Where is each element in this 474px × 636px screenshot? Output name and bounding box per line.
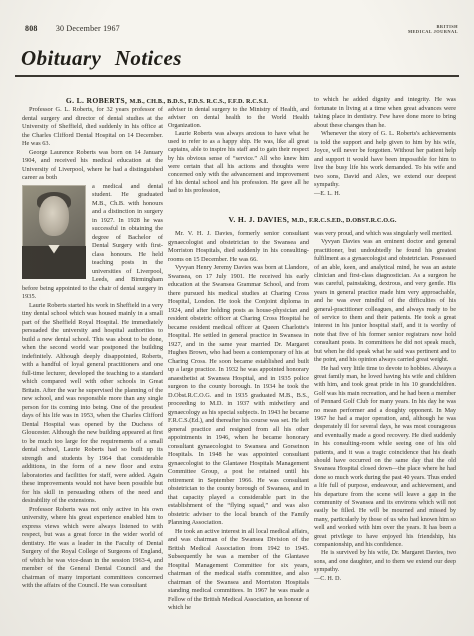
paragraph: a medical and dental student. He graduat… — [22, 183, 163, 302]
issue-date: 30 December 1967 — [56, 24, 120, 33]
paragraph: He is survived by his wife, Dr. Margaret… — [314, 549, 456, 574]
obituary-qualifications-davies: M.D., F.R.C.S.ED., D.OBST.R.C.O.G. — [292, 217, 397, 224]
journal-name-line2: Medical Journal — [408, 29, 458, 34]
paragraph: was very proud, and which was singularly… — [314, 230, 456, 238]
journal-header: 808 30 December 1967 British Medical Jou… — [25, 24, 458, 35]
roberts-column-2: adviser in dental surgery to the Ministr… — [168, 106, 309, 195]
roberts-column-3: to which he added dignity and integrity.… — [314, 96, 456, 198]
paragraph: He had very little time to devote to hob… — [314, 365, 456, 550]
paragraph: He took an active interest in all local … — [168, 528, 309, 613]
paragraph: —C. H. D. — [314, 575, 456, 583]
davies-column-2: was very proud, and which was singularly… — [314, 230, 456, 583]
photo-head — [39, 196, 69, 236]
obituary-heading-roberts: G. L. ROBERTS, M.B., CH.B., B.D.S., F.D.… — [22, 96, 312, 105]
roberts-column-1: Professor G. L. Roberts, for 32 years pr… — [22, 106, 163, 591]
obituary-name-roberts: G. L. ROBERTS, — [66, 96, 127, 105]
obituary-name-davies: V. H. J. DAVIES, — [228, 215, 289, 224]
paragraph: Whenever the story of G. L. Roberts's ac… — [314, 130, 456, 190]
paragraph: Professor Roberts was not only active in… — [22, 506, 163, 591]
paragraph: —E. L. H. — [314, 190, 456, 199]
title-rule — [15, 75, 459, 77]
journal-name: British Medical Journal — [408, 24, 458, 35]
davies-column-1: Mr. V. H. J. Davies, formerly senior con… — [168, 230, 309, 613]
paragraph: adviser in dental surgery to the Ministr… — [168, 106, 309, 130]
portrait-photo — [22, 185, 86, 279]
page-number: 808 — [25, 24, 38, 33]
paragraph: Laurie Roberts was always anxious to hav… — [168, 130, 309, 195]
journal-page: 808 30 December 1967 British Medical Jou… — [0, 0, 474, 636]
paragraph: Professor G. L. Roberts, for 32 years pr… — [22, 106, 163, 149]
section-title: Obituary Notices — [21, 46, 182, 71]
paragraph: to which he added dignity and integrity.… — [314, 96, 456, 130]
paragraph: Mr. V. H. J. Davies, formerly senior con… — [168, 230, 309, 264]
header-left: 808 30 December 1967 — [25, 24, 120, 33]
paragraph: Vyvyan Davies was an eminent doctor and … — [314, 238, 456, 364]
paragraph: George Laurence Roberts was born on 14 J… — [22, 149, 163, 183]
paragraph: Laurie Roberts started his work in Sheff… — [22, 302, 163, 506]
paragraph: Vyvyan Henry Jeremy Davies was born at L… — [168, 264, 309, 528]
obituary-heading-davies: V. H. J. DAVIES, M.D., F.R.C.S.ED., D.OB… — [168, 215, 457, 224]
obituary-qualifications-roberts: M.B., CH.B., B.D.S., F.D.S. R.C.S., F.F.… — [129, 98, 268, 105]
